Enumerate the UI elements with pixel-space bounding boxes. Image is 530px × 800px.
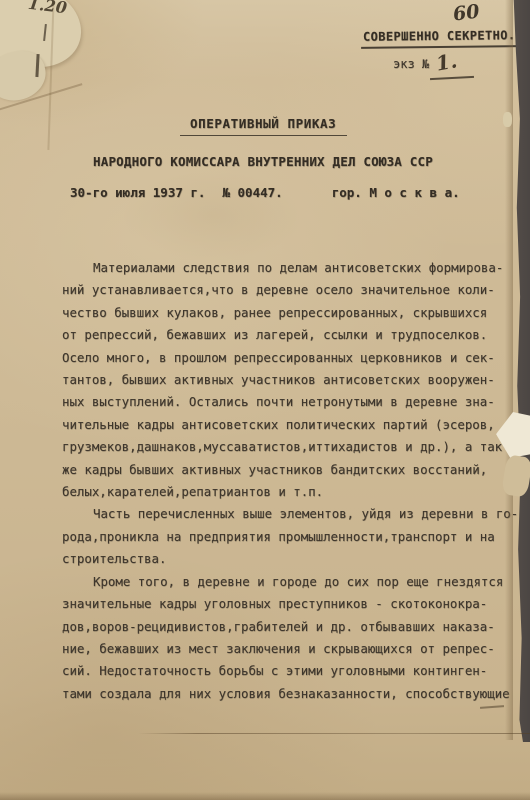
- order-place: гор. М о с к в а.: [332, 185, 460, 200]
- classification-stamp: СОВЕРШЕННО СЕКРЕТНО.: [361, 28, 519, 49]
- handwritten-page-number: 60: [452, 0, 481, 25]
- order-subtitle: НАРОДНОГО КОМИССАРА ВНУТРЕННИХ ДЕЛ СОЮЗА…: [93, 154, 433, 169]
- order-date: 30-го июля 1937 г.: [70, 185, 205, 200]
- copy-label: экз №: [393, 57, 429, 71]
- handwritten-copy-number: 1.: [434, 48, 459, 75]
- right-edge-shadow: [505, 0, 513, 740]
- order-number: № 00447.: [222, 185, 282, 200]
- scanned-document: 1.20 60 СОВЕРШЕННО СЕКРЕТНО. экз № 1. ОП…: [0, 0, 530, 800]
- horizontal-fold-crease: [138, 733, 530, 734]
- body-paragraph-2: Часть перечисленных выше элементов, уйдя…: [62, 503, 518, 570]
- right-edge-paper-chip: [503, 112, 512, 127]
- date-line: 30-го июля 1937 г.№ 00447.гор. М о с к в…: [70, 185, 460, 200]
- body-paragraph-3: Кроме того, в деревне и городе до сих по…: [62, 571, 518, 705]
- body-paragraph-1: Материалами следствия по делам антисовет…: [62, 257, 518, 503]
- order-body-text: Материалами следствия по делам антисовет…: [62, 257, 518, 705]
- bottom-paper-edge: [0, 792, 530, 800]
- order-title: ОПЕРАТИВНЫЙ ПРИКАЗ: [180, 116, 347, 136]
